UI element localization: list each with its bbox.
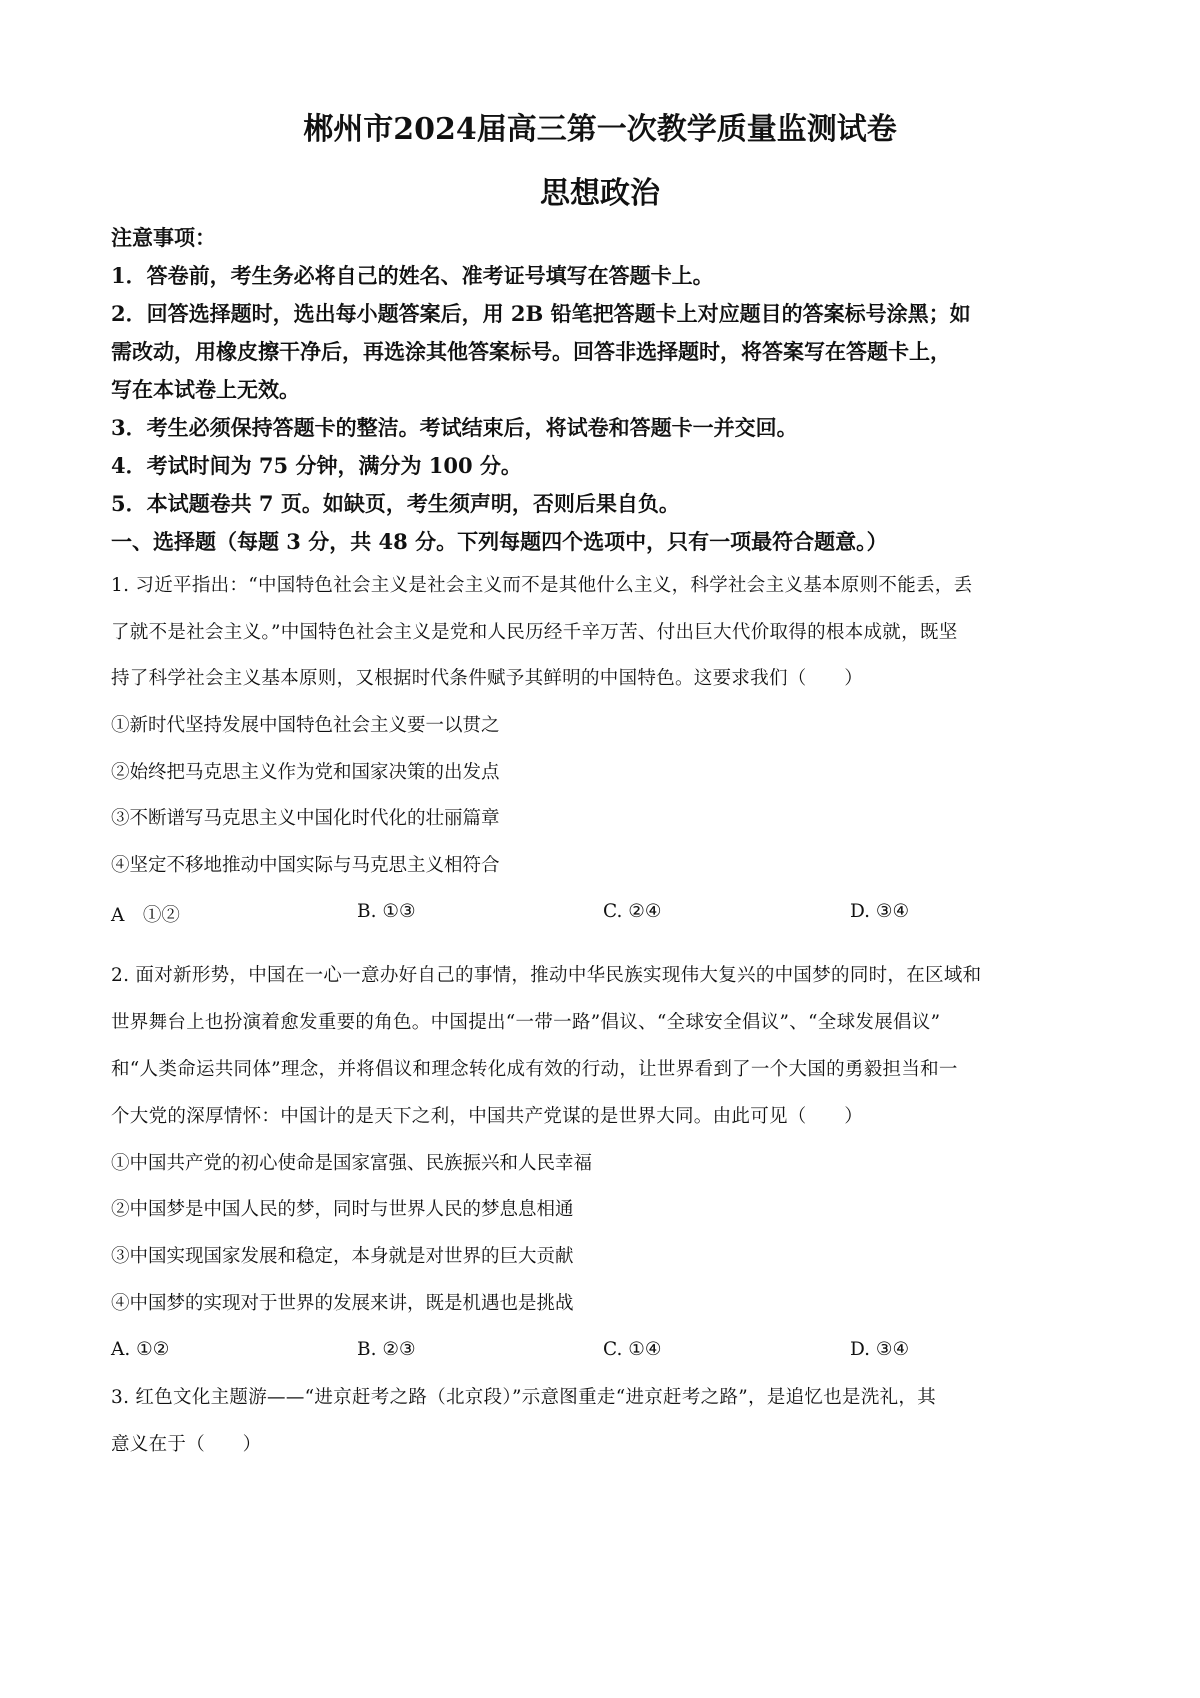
notice-item-4: 4．考试时间为 75 分钟，满分为 100 分。 bbox=[111, 454, 522, 478]
question-stem-line: 1. 习近平指出：“中国特色社会主义是社会主义而不是其他什么主义，科学社会主义基… bbox=[111, 574, 972, 598]
statement-1: ①中国共产党的初心使命是国家富强、民族振兴和人民幸福 bbox=[111, 1152, 592, 1176]
question-stem-line: 世界舞台上也扮演着愈发重要的角色。中国提出“一带一路”倡议、“全球安全倡议”、“… bbox=[111, 1011, 940, 1035]
statement-3: ③中国实现国家发展和稳定，本身就是对世界的巨大贡献 bbox=[111, 1245, 574, 1269]
notice-item-2-cont2: 写在本试卷上无效。 bbox=[111, 378, 300, 402]
choice-a: A. ①② bbox=[111, 1339, 169, 1360]
question-stem-line: 2. 面对新形势，中国在一心一意办好自己的事情，推动中华民族实现伟大复兴的中国梦… bbox=[111, 964, 981, 988]
choice-c: C. ②④ bbox=[603, 901, 661, 922]
question-stem-line: 和“人类命运共同体”理念，并将倡议和理念转化成有效的行动，让世界看到了一个大国的… bbox=[111, 1058, 958, 1082]
exam-page: 郴州市2024届高三第一次教学质量监测试卷 思想政治 注意事项： 1．答卷前，考… bbox=[0, 0, 1200, 1698]
choice-b: B. ②③ bbox=[357, 1339, 416, 1360]
statement-4: ④中国梦的实现对于世界的发展来讲，既是机遇也是挑战 bbox=[111, 1292, 574, 1316]
choice-d: D. ③④ bbox=[850, 1339, 909, 1360]
question-stem-line: 持了科学社会主义基本原则，又根据时代条件赋予其鲜明的中国特色。这要求我们（ ） bbox=[111, 667, 863, 691]
question-stem-line: 了就不是社会主义。”中国特色社会主义是党和人民历经千辛万苦、付出巨大代价取得的根… bbox=[111, 621, 958, 645]
question-stem-line: 个大党的深厚情怀：中国计的是天下之利，中国共产党谋的是世界大同。由此可见（ ） bbox=[111, 1105, 863, 1129]
notice-item-1: 1．答卷前，考生务必将自己的姓名、准考证号填写在答题卡上。 bbox=[111, 264, 714, 288]
statement-2: ②始终把马克思主义作为党和国家决策的出发点 bbox=[111, 761, 500, 785]
statement-1: ①新时代坚持发展中国特色社会主义要一以贯之 bbox=[111, 714, 500, 738]
choice-d: D. ③④ bbox=[850, 901, 909, 922]
notice-item-2-cont: 需改动，用橡皮擦干净后，再选涂其他答案标号。回答非选择题时，将答案写在答题卡上， bbox=[111, 340, 951, 364]
notice-item-3: 3．考生必须保持答题卡的整洁。考试结束后，将试卷和答题卡一并交回。 bbox=[111, 416, 798, 440]
notice-heading: 注意事项： bbox=[111, 226, 216, 250]
statement-3: ③不断谱写马克思主义中国化时代化的壮丽篇章 bbox=[111, 807, 500, 831]
statement-4: ④坚定不移地推动中国实际与马克思主义相符合 bbox=[111, 854, 500, 878]
choice-a: A ①② bbox=[111, 901, 180, 927]
notice-item-5: 5．本试题卷共 7 页。如缺页，考生须声明，否则后果自负。 bbox=[111, 492, 680, 516]
exam-title: 郴州市2024届高三第一次教学质量监测试卷 bbox=[0, 104, 1200, 148]
question-stem-line: 意义在于（ ） bbox=[111, 1433, 261, 1457]
question-stem-line: 3. 红色文化主题游——“进京赶考之路（北京段）”示意图重走“进京赶考之路”，是… bbox=[111, 1386, 936, 1410]
section-heading: 一、选择题（每题 3 分，共 48 分。下列每题四个选项中，只有一项最符合题意。… bbox=[111, 530, 888, 554]
subject-title: 思想政治 bbox=[0, 168, 1200, 212]
statement-2: ②中国梦是中国人民的梦，同时与世界人民的梦息息相通 bbox=[111, 1198, 574, 1222]
choice-c: C. ①④ bbox=[603, 1339, 661, 1360]
choice-b: B. ①③ bbox=[357, 901, 416, 922]
notice-item-2: 2．回答选择题时，选出每小题答案后，用 2B 铅笔把答题卡上对应题目的答案标号涂… bbox=[111, 302, 971, 326]
